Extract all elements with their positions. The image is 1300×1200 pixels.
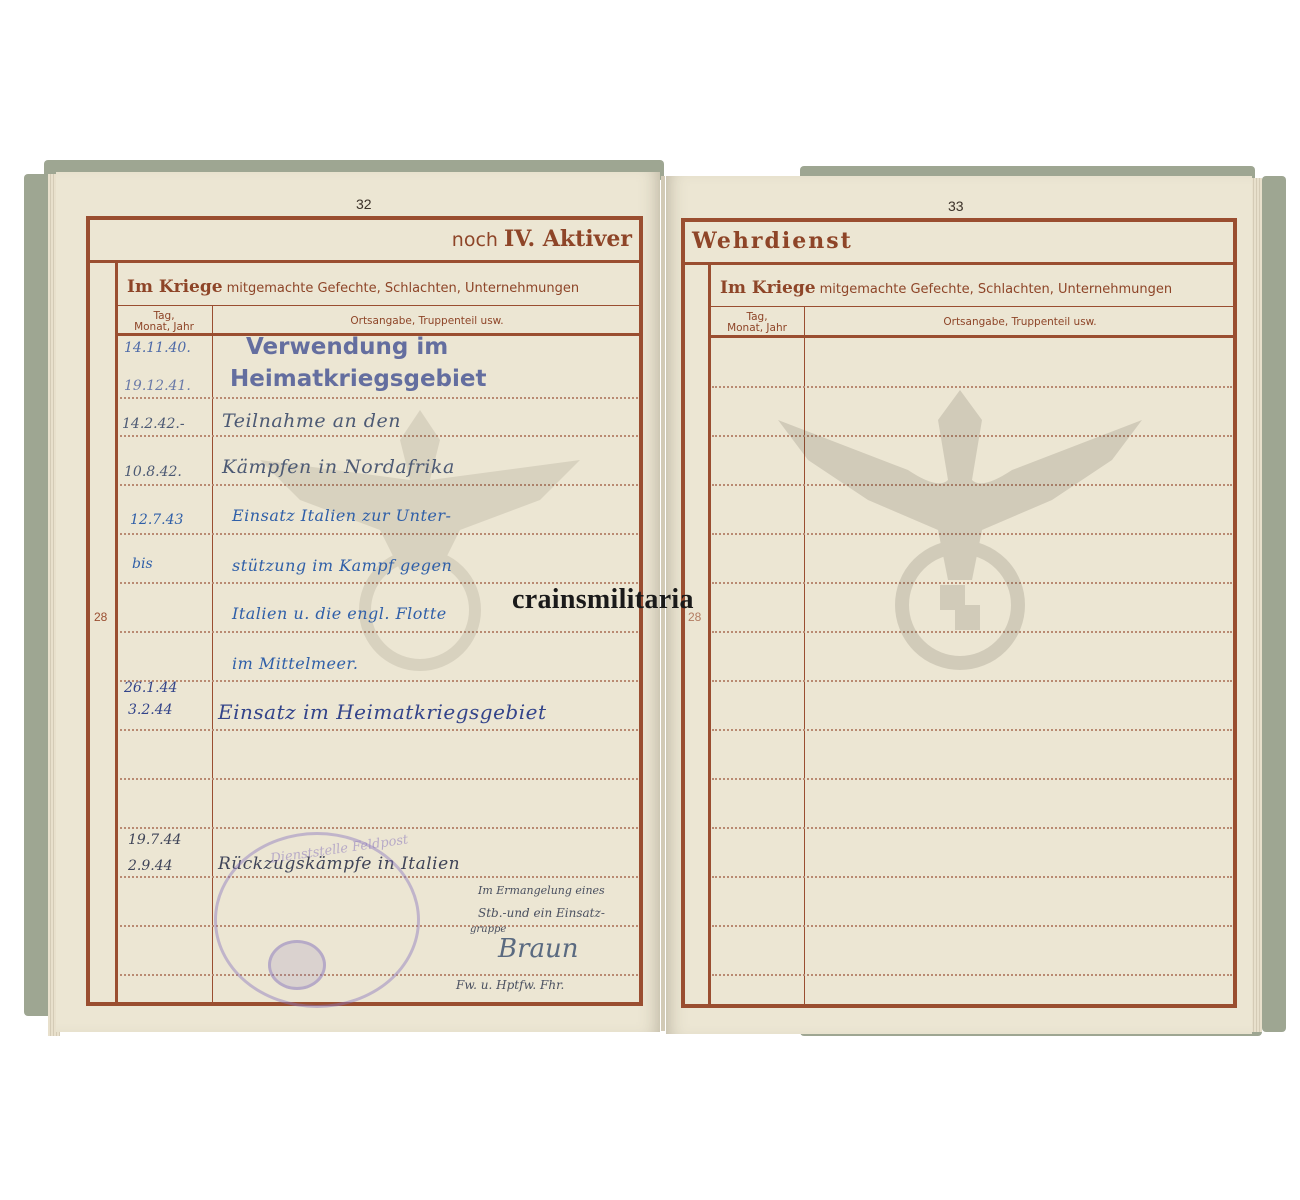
eagle-watermark-right-icon: [760, 390, 1160, 670]
entry-text: Einsatz im Heimatkriegsgebiet: [218, 700, 547, 724]
right-section-title: Wehrdienst: [692, 228, 853, 254]
right-col-date-header: Tag, Monat, Jahr: [710, 312, 804, 334]
usage-stamp-line1: Verwendung im: [246, 334, 448, 360]
signature: Braun: [498, 934, 579, 964]
left-side-number: 28: [94, 610, 107, 624]
entry-date: 14.2.42.-: [122, 416, 185, 432]
entry-text: Einsatz Italien zur Unter-: [232, 506, 451, 525]
eagle-watermark-left-icon: [230, 400, 610, 680]
right-inner-margin-line: [708, 264, 711, 1004]
left-section-title: nochIV. Aktiver: [452, 226, 632, 252]
table-heading-bold: Im Kriege: [720, 278, 816, 298]
seal-swastika-emblem-icon: [268, 940, 326, 990]
left-col-place-header: Ortsangabe, Truppenteil usw.: [213, 316, 641, 327]
entry-text: im Mittelmeer.: [232, 654, 358, 673]
certification-note-line2: Stb.-und ein Einsatz-: [478, 906, 605, 920]
table-heading-rest: mitgemachte Gefechte, Schlachten, Untern…: [227, 281, 580, 296]
right-colhead-divider: [710, 335, 1234, 338]
page-number-right: 33: [948, 198, 964, 214]
left-col-date-header: Tag, Monat, Jahr: [117, 311, 211, 333]
entry-text: Kämpfen in Nordafrika: [222, 456, 455, 478]
entry-text: Teilnahme an den: [222, 410, 401, 432]
right-title-divider: [683, 262, 1235, 265]
left-col-divider: [212, 306, 213, 1004]
left-table-heading: Im Kriegemitgemachte Gefechte, Schlachte…: [127, 277, 579, 297]
signature-title: Fw. u. Hptfw. Fhr.: [456, 978, 564, 992]
book-cover-right: [1262, 176, 1286, 1032]
left-title-divider: [88, 260, 641, 263]
right-table-heading: Im Kriegemitgemachte Gefechte, Schlachte…: [720, 278, 1172, 298]
right-heading-divider: [710, 306, 1234, 307]
section-title-prefix: noch: [452, 229, 498, 251]
entry-text: stützung im Kampf gegen: [232, 556, 452, 575]
entry-date: 19.7.44: [128, 832, 181, 848]
left-inner-margin-line: [115, 262, 118, 1004]
page-number-left: 32: [356, 196, 372, 212]
entry-date: 26.1.44: [124, 680, 177, 696]
table-heading-rest: mitgemachte Gefechte, Schlachten, Untern…: [820, 282, 1173, 297]
entry-date: 10.8.42.: [124, 464, 182, 480]
table-heading-bold: Im Kriege: [127, 277, 223, 297]
left-heading-divider: [117, 305, 641, 306]
entry-date: 3.2.44: [128, 702, 173, 718]
entry-date: bis: [132, 556, 153, 572]
site-watermark: crainsmilitaria: [512, 584, 694, 616]
certification-note-line1: Im Ermangelung eines: [478, 884, 605, 897]
right-col-place-header: Ortsangabe, Truppenteil usw.: [806, 317, 1234, 328]
entry-date: 14.11.40.: [124, 340, 191, 356]
entry-date: 19.12.41.: [124, 378, 191, 394]
entry-date: 2.9.44: [128, 858, 173, 874]
section-title: IV. Aktiver: [504, 226, 632, 252]
entry-text: Italien u. die engl. Flotte: [232, 604, 447, 623]
usage-stamp-line2: Heimatkriegsgebiet: [230, 366, 487, 392]
entry-date: 12.7.43: [130, 512, 183, 528]
